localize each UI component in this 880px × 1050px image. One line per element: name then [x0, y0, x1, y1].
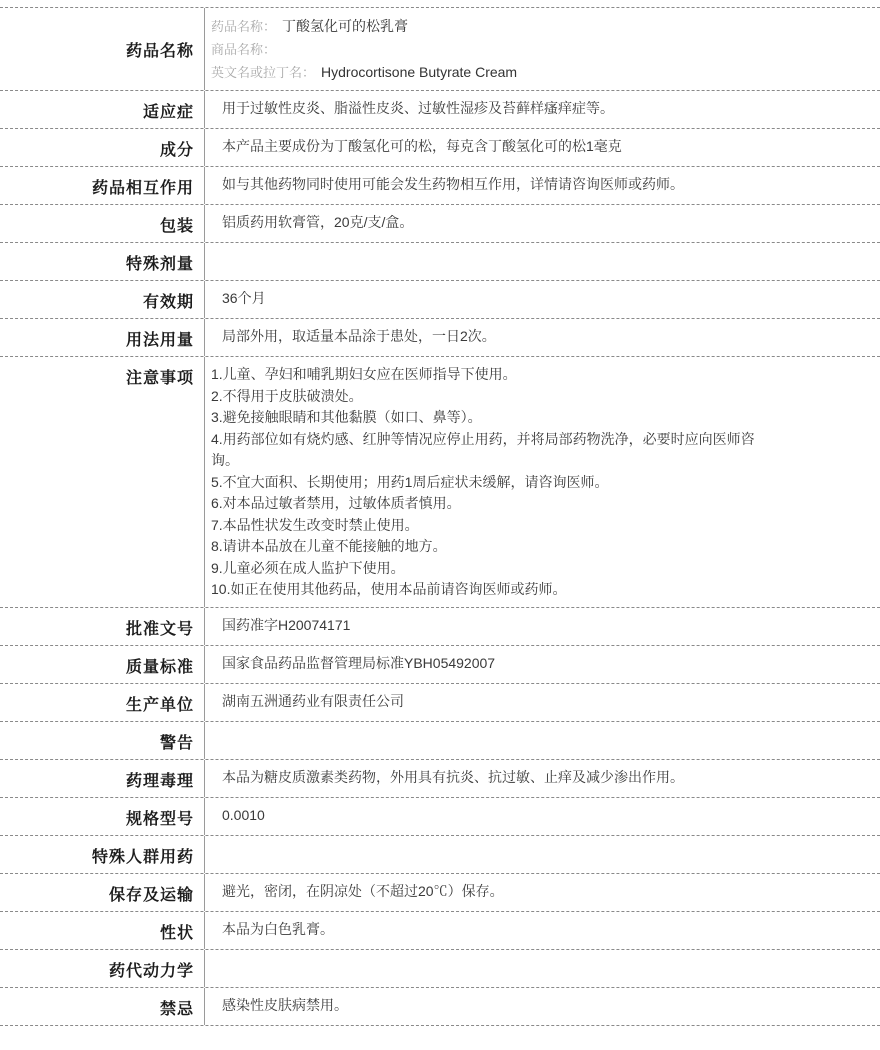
table-row-ingredients: 成分 本产品主要成份为丁酸氢化可的松，每克含丁酸氢化可的松1毫克: [0, 129, 880, 167]
table-row-warning: 警告: [0, 722, 880, 760]
precaution-item: 7.本品性状发生改变时禁止使用。: [211, 515, 771, 537]
precaution-item: 8.请讲本品放在儿童不能接触的地方。: [211, 536, 771, 558]
row-label: 特殊剂量: [0, 243, 205, 280]
row-label: 特殊人群用药: [0, 836, 205, 873]
row-value: 铝质药用软膏管，20克/支/盒。: [205, 205, 880, 242]
row-label: 药理毒理: [0, 760, 205, 797]
precaution-item: 1.儿童、孕妇和哺乳期妇女应在医师指导下使用。: [211, 364, 771, 386]
drug-info-table: 药品名称 药品名称：丁酸氢化可的松乳膏 商品名称： 英文名或拉丁名：Hydroc…: [0, 7, 880, 1026]
row-value: [205, 722, 880, 759]
row-value: 0.0010: [205, 798, 880, 835]
row-label: 药品相互作用: [0, 167, 205, 204]
table-row-contraindications: 禁忌 感染性皮肤病禁用。: [0, 988, 880, 1026]
row-label: 性状: [0, 912, 205, 949]
trade-name-line: 商品名称：: [211, 38, 868, 61]
table-row-dosage: 用法用量 局部外用，取适量本品涂于患处，一日2次。: [0, 319, 880, 357]
row-label: 规格型号: [0, 798, 205, 835]
row-value: 国家食品药品监督管理局标准YBH05492007: [205, 646, 880, 683]
row-label: 用法用量: [0, 319, 205, 356]
row-label: 批准文号: [0, 608, 205, 645]
row-value: [205, 243, 880, 280]
row-value: 湖南五洲通药业有限责任公司: [205, 684, 880, 721]
drug-name-line: 药品名称：丁酸氢化可的松乳膏: [211, 15, 868, 38]
row-value: 药品名称：丁酸氢化可的松乳膏 商品名称： 英文名或拉丁名：Hydrocortis…: [205, 8, 880, 90]
row-label: 保存及运输: [0, 874, 205, 911]
row-value: 用于过敏性皮炎、脂溢性皮炎、过敏性湿疹及苔藓样瘙痒症等。: [205, 91, 880, 128]
row-label: 生产单位: [0, 684, 205, 721]
english-name-line: 英文名或拉丁名：Hydrocortisone Butyrate Cream: [211, 61, 868, 84]
table-row-interactions: 药品相互作用 如与其他药物同时使用可能会发生药物相互作用，详情请咨询医师或药师。: [0, 167, 880, 205]
row-label: 质量标准: [0, 646, 205, 683]
table-row-approval-number: 批准文号 国药准字H20074171: [0, 608, 880, 646]
table-row-description: 性状 本品为白色乳膏。: [0, 912, 880, 950]
row-value: 感染性皮肤病禁用。: [205, 988, 880, 1025]
precaution-item: 6.对本品过敏者禁用，过敏体质者慎用。: [211, 493, 771, 515]
table-row-special-dosage: 特殊剂量: [0, 243, 880, 281]
table-row-packaging: 包装 铝质药用软膏管，20克/支/盒。: [0, 205, 880, 243]
precaution-item: 5.不宜大面积、长期使用；用药1周后症状未缓解，请咨询医师。: [211, 472, 771, 494]
table-row-manufacturer: 生产单位 湖南五洲通药业有限责任公司: [0, 684, 880, 722]
row-value: 国药准字H20074171: [205, 608, 880, 645]
sub-label: 商品名称：: [211, 42, 276, 57]
table-row-special-populations: 特殊人群用药: [0, 836, 880, 874]
sub-value: 丁酸氢化可的松乳膏: [282, 18, 408, 34]
row-value: [205, 950, 880, 987]
sub-label: 英文名或拉丁名：: [211, 65, 315, 80]
row-value: 本品为白色乳膏。: [205, 912, 880, 949]
precaution-item: 4.用药部位如有烧灼感、红肿等情况应停止用药，并将局部药物洗净，必要时应向医师咨…: [211, 429, 771, 472]
row-value: 局部外用，取适量本品涂于患处，一日2次。: [205, 319, 880, 356]
row-value: 本产品主要成份为丁酸氢化可的松，每克含丁酸氢化可的松1毫克: [205, 129, 880, 166]
table-row-quality-standard: 质量标准 国家食品药品监督管理局标准YBH05492007: [0, 646, 880, 684]
row-value: 1.儿童、孕妇和哺乳期妇女应在医师指导下使用。 2.不得用于皮肤破溃处。 3.避…: [205, 357, 880, 607]
row-label: 禁忌: [0, 988, 205, 1025]
sub-value: Hydrocortisone Butyrate Cream: [321, 64, 517, 80]
table-row-pharmacokinetics: 药代动力学: [0, 950, 880, 988]
precaution-item: 2.不得用于皮肤破溃处。: [211, 386, 771, 408]
row-label: 成分: [0, 129, 205, 166]
row-label: 包装: [0, 205, 205, 242]
table-row-specification: 规格型号 0.0010: [0, 798, 880, 836]
drug-info-page: 药品名称 药品名称：丁酸氢化可的松乳膏 商品名称： 英文名或拉丁名：Hydroc…: [0, 0, 880, 1050]
row-label: 药品名称: [0, 8, 205, 90]
row-value: 本品为糖皮质激素类药物，外用具有抗炎、抗过敏、止痒及减少渗出作用。: [205, 760, 880, 797]
table-row-drug-name: 药品名称 药品名称：丁酸氢化可的松乳膏 商品名称： 英文名或拉丁名：Hydroc…: [0, 8, 880, 91]
precaution-item: 3.避免接触眼睛和其他黏膜（如口、鼻等）。: [211, 407, 771, 429]
row-label: 注意事项: [0, 357, 205, 607]
row-value: [205, 836, 880, 873]
row-label: 有效期: [0, 281, 205, 318]
table-row-indications: 适应症 用于过敏性皮炎、脂溢性皮炎、过敏性湿疹及苔藓样瘙痒症等。: [0, 91, 880, 129]
sub-label: 药品名称：: [211, 19, 276, 34]
row-value: 避光，密闭，在阴凉处（不超过20℃）保存。: [205, 874, 880, 911]
row-value: 36个月: [205, 281, 880, 318]
precaution-item: 9.儿童必须在成人监护下使用。: [211, 558, 771, 580]
table-row-shelf-life: 有效期 36个月: [0, 281, 880, 319]
row-label: 适应症: [0, 91, 205, 128]
table-row-storage: 保存及运输 避光，密闭，在阴凉处（不超过20℃）保存。: [0, 874, 880, 912]
table-row-pharmacology: 药理毒理 本品为糖皮质激素类药物，外用具有抗炎、抗过敏、止痒及减少渗出作用。: [0, 760, 880, 798]
table-row-precautions: 注意事项 1.儿童、孕妇和哺乳期妇女应在医师指导下使用。 2.不得用于皮肤破溃处…: [0, 357, 880, 608]
row-value: 如与其他药物同时使用可能会发生药物相互作用，详情请咨询医师或药师。: [205, 167, 880, 204]
precaution-item: 10.如正在使用其他药品，使用本品前请咨询医师或药师。: [211, 579, 771, 601]
row-label: 警告: [0, 722, 205, 759]
row-label: 药代动力学: [0, 950, 205, 987]
